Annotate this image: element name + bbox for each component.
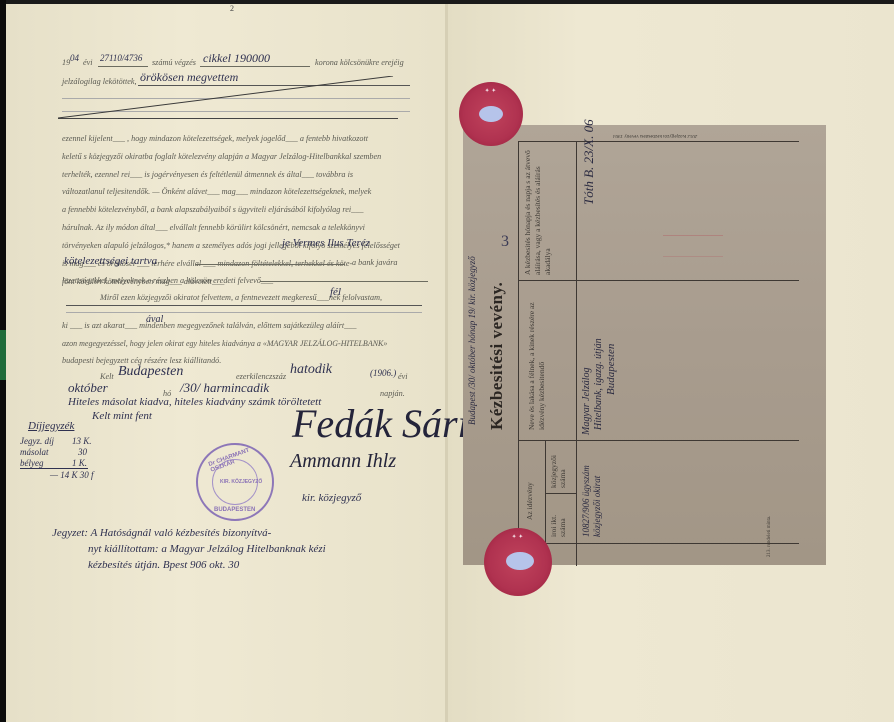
page-number: 2 <box>230 4 234 13</box>
year-hand: 04 <box>70 53 79 63</box>
borrower-hand-2: kötelezettségei tartva <box>64 255 157 267</box>
fees-title: Díjjegyzék <box>28 420 74 432</box>
note-hand-2: Kelt mint fent <box>92 410 152 422</box>
body-line: keletű s közjegyzői okiratba foglalt köt… <box>62 148 412 166</box>
delivery-receipt-card: 2012 Közjegyzői kézbesítési vevény 1903 … <box>463 125 826 565</box>
binding-ribbon <box>0 330 6 380</box>
line-ki: ki ___ is azt akarat___ mindenben megegy… <box>62 321 356 330</box>
col-id-sub2: közjegyzői száma <box>549 448 567 488</box>
fees-sum-line <box>20 468 88 469</box>
col-name-hand-line: Hitelbank, igazg. útján <box>593 338 604 430</box>
signature-notary: Ammann Ihlz <box>290 450 396 473</box>
day-hand: /30/ harmincadik <box>180 380 269 396</box>
evi-label: évi <box>83 58 93 67</box>
footnote-line: nyt kiállítottam: a Magyar Jelzálog Hite… <box>88 543 326 555</box>
card-number: 3 <box>501 233 509 251</box>
mirol-hand: fél <box>330 286 341 298</box>
fees-row-value: 1 K. <box>72 458 87 468</box>
notary-title: kir. közjegyző <box>302 492 361 504</box>
card-rule <box>545 440 546 543</box>
col-name-hand-line: Budapesten <box>605 344 617 395</box>
signature-client: Fedák Sári <box>292 400 469 447</box>
seal-top-text: ✦ ✦ <box>485 88 496 94</box>
body-line: változatlanul teljesitendők. — Önként al… <box>62 183 412 201</box>
footnote-line: kézbesítés útján. Bpest 906 okt. 30 <box>88 559 239 571</box>
card-rule <box>519 141 799 142</box>
col-name-header: Neve és lakása a félnek, a kinek részére… <box>527 290 547 430</box>
col-delivery-header: A kézbesités hónapja és napja s az átvev… <box>523 145 553 275</box>
card-rule <box>519 280 799 281</box>
borrower-hand: je Vermes Ilus Teréz <box>282 237 370 249</box>
col-name-hand-line: Magyar Jelzálog <box>581 368 592 436</box>
footnote-line: Jegyzet: A Hatóságnál való kézbesítés bi… <box>52 527 271 539</box>
card-rule <box>519 543 799 544</box>
col-id-sub1: iroi ikt. száma <box>549 497 567 537</box>
wax-seal-top-icon: ✦ ✦ <box>459 82 523 146</box>
fees-row-label: bélyeg <box>20 458 43 468</box>
col-id-hand: 10827/906 ügyszám közjegyzői okirat <box>581 441 603 537</box>
card-footer-print: 213. rendeleti minta. <box>767 516 772 557</box>
fees-total: — 14 K 30 f <box>50 470 94 480</box>
kelt-evi-label: évi <box>398 372 408 381</box>
body-line: hárulnak. Az ily módon által___ elvállal… <box>62 219 412 237</box>
year-num-hand: (1906.) <box>370 368 396 378</box>
fill-line <box>260 281 428 282</box>
card-rule <box>519 440 799 441</box>
month-hand: október <box>68 380 108 396</box>
fees-row-value: 13 K. <box>72 436 92 446</box>
case-number-hand: 27110/4736 <box>100 53 142 63</box>
seal-bottom-text: ✦ ✦ <box>512 534 523 540</box>
body-line: terhelték, ezennel rei___ is jogérvényes… <box>62 166 412 184</box>
korona-label: korona kölcsönükre erejéig <box>315 58 404 67</box>
fees-row-label: másolat <box>20 447 49 457</box>
body-line: a fennebbi kötelezvényből, a bank alapsz… <box>62 201 412 219</box>
card-title: Kézbesitési vevény. <box>487 282 507 430</box>
notary-stamp-icon: Dr CHARMANT OSZKÁR KIR. KÖZJEGYZŐ BUDAPE… <box>196 443 274 521</box>
diagonal-strike <box>58 76 398 120</box>
fees-row-label: Jegyz. díj <box>20 436 54 446</box>
fill-line <box>200 66 310 67</box>
card-rule <box>576 141 577 566</box>
card-side-hand: Budapest /30/ október hónap 19/ kir. köz… <box>467 256 477 425</box>
year-prefix: 19 <box>62 58 70 67</box>
line-azon: azon megegyezéssel, hogy jelen okirat eg… <box>62 339 387 348</box>
col-delivery-hand: Tóth B. 23/X. 06 <box>581 119 597 205</box>
bank-javara: a bank javára <box>352 258 397 267</box>
kelt-place-hand: Budapesten <box>118 364 183 380</box>
stamp-mid-text: KIR. KÖZJEGYZŐ <box>220 479 262 485</box>
card-header-print: 2012 Közjegyzői kézbesítési vevény 1903 <box>613 133 697 138</box>
fill-line <box>195 264 345 265</box>
card-rule <box>518 141 519 566</box>
fill-line <box>98 66 148 67</box>
blank-line <box>66 312 422 313</box>
ki-hand: ával <box>146 314 163 325</box>
vegzes-label: számú végzés <box>152 58 196 67</box>
line-fent: fönt körülirt kötelezvényben mag___ aláv… <box>62 277 224 286</box>
body-line: ezennel kijelent___ , hogy mindazon köte… <box>62 130 412 148</box>
card-rule <box>545 493 577 494</box>
stamp-bottom-text: BUDAPESTEN <box>214 507 255 513</box>
faint-red-mark <box>663 235 723 257</box>
col-id-group-header: Az idézvény <box>525 482 534 520</box>
amount-hand: cikkel 190000 <box>203 51 270 66</box>
napjan-label: napján. <box>380 389 405 398</box>
year-word-hand: hatodik <box>290 362 332 378</box>
document-spread: 2 19 04 évi 27110/4736 számú végzés cikk… <box>0 0 894 722</box>
page-gutter <box>445 4 448 722</box>
fees-row-value: 30 <box>78 447 87 457</box>
wax-seal-bottom-icon: ✦ ✦ <box>484 528 552 596</box>
note-hand-1: Hiteles másolat kiadva, hiteles kiadvány… <box>68 396 321 408</box>
blank-line <box>66 305 422 306</box>
